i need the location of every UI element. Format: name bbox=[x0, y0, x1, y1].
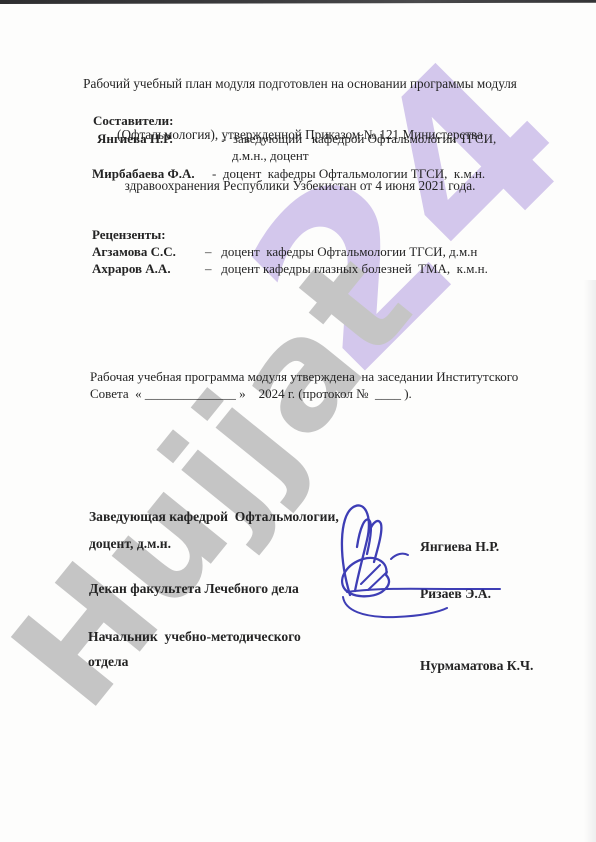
approval-line: Рабочая учебная программа модуля утвержд… bbox=[90, 369, 518, 385]
signatory-title: Декан факультета Лечебного дела bbox=[89, 581, 299, 598]
signatory-title-line2: отдела bbox=[88, 654, 128, 671]
compiler-name: Мирбабаева Ф.А. bbox=[92, 166, 195, 182]
compiler-role: - заведующий кафедрой Офтальмологии ТГСИ… bbox=[222, 131, 496, 147]
approval-line: Совета « ______________ » 2024 г. (прото… bbox=[90, 386, 412, 402]
signature-hatch-strokes bbox=[361, 565, 387, 590]
compiler-role-line2: д.м.н., доцент bbox=[232, 148, 309, 164]
document-text-layer: Рабочий учебный план модуля подготовлен … bbox=[0, 0, 596, 842]
compilers-heading: Составители: bbox=[93, 113, 173, 129]
signature-loop-stroke bbox=[342, 505, 369, 595]
signature-underline-swoosh bbox=[343, 597, 447, 617]
reviewer-name: Агзамова С.С. bbox=[92, 244, 176, 260]
reviewers-heading: Рецензенты: bbox=[92, 227, 166, 243]
signatory-title-line2: доцент, д.м.н. bbox=[89, 536, 171, 553]
reviewer-name: Ахраров А.А. bbox=[92, 261, 171, 277]
reviewer-role: – доцент кафедры Офтальмологии ТГСИ, д.м… bbox=[205, 244, 477, 260]
signature-inner-stroke bbox=[369, 521, 381, 562]
handwritten-signature bbox=[330, 495, 596, 630]
scanned-page: 24 Hujjat Рабочий учебный план модуля по… bbox=[0, 0, 596, 842]
signatory-title: Начальник учебно-методического bbox=[88, 629, 301, 646]
signatory-name: Нурмаматова К.Ч. bbox=[420, 658, 533, 675]
compiler-name: Янгиева Н.Р. bbox=[97, 131, 173, 147]
compiler-role: - доцент кафедры Офтальмологии ТГСИ, к.м… bbox=[212, 166, 485, 182]
header-line: Рабочий учебный план модуля подготовлен … bbox=[40, 75, 560, 92]
reviewer-role: – доцент кафедры глазных болезней ТМА, к… bbox=[205, 261, 488, 277]
signatory-title: Заведующая кафедрой Офтальмологии, bbox=[89, 509, 339, 526]
signature-tick-stroke bbox=[391, 554, 408, 559]
signature-strike-line bbox=[347, 589, 500, 592]
